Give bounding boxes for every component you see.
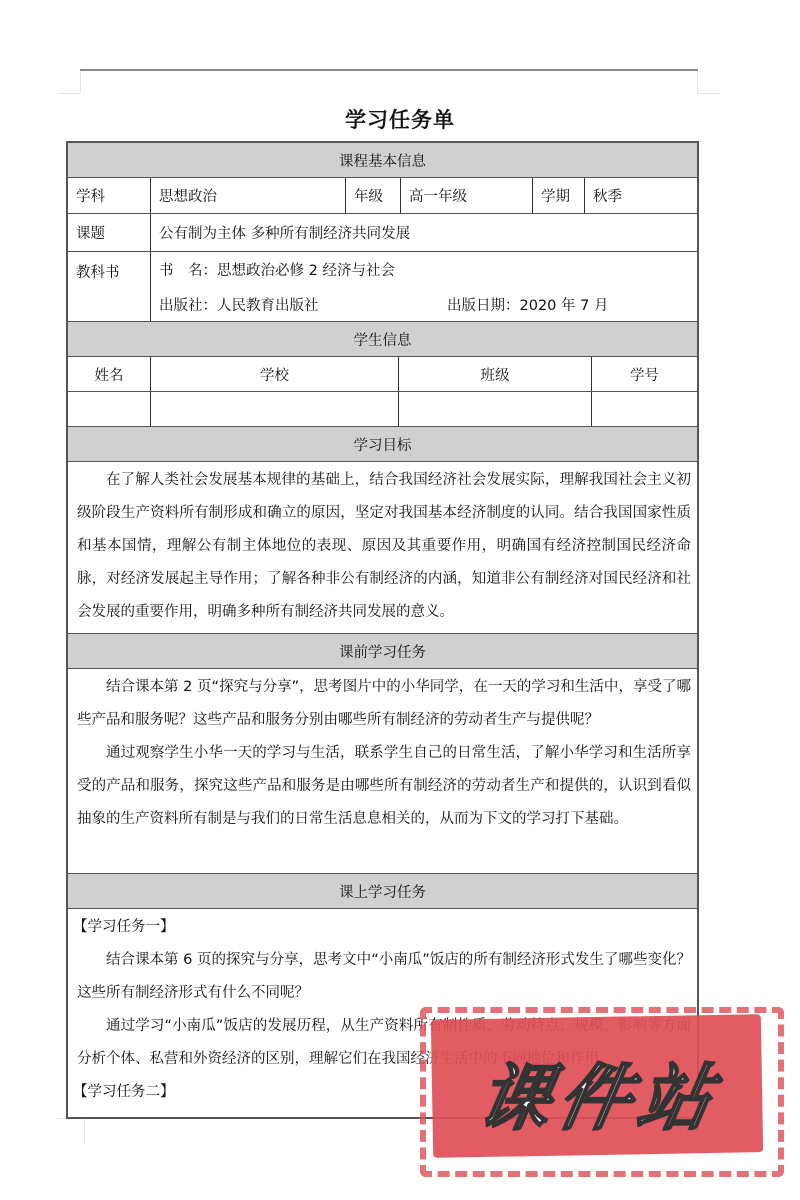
in-class-header-row: 课上学习任务 bbox=[68, 874, 697, 909]
publisher: 出版社：人民教育出版社 bbox=[159, 294, 447, 315]
learning-goals-header-row: 学习目标 bbox=[68, 427, 697, 462]
topic-label: 课题 bbox=[68, 214, 151, 251]
task1-paragraph: 结合课本第 6 页的探究与分享，思考文中“小南瓜”饭店的所有制经济形式发生了哪些… bbox=[77, 944, 691, 1010]
name-input[interactable] bbox=[68, 392, 151, 426]
publish-date: 出版日期：2020 年 7 月 bbox=[447, 294, 608, 315]
crop-mark bbox=[698, 93, 720, 94]
task-sheet-table: 课程基本信息 学科 思想政治 年级 高一年级 学期 秋季 课题 公有制为主体 多… bbox=[66, 141, 699, 1119]
crop-mark bbox=[80, 71, 81, 93]
course-info-row: 学科 思想政治 年级 高一年级 学期 秋季 bbox=[68, 178, 697, 214]
student-info-section-title: 学生信息 bbox=[68, 322, 697, 356]
publisher-line: 出版社：人民教育出版社 出版日期：2020 年 7 月 bbox=[159, 294, 697, 315]
grade-label: 年级 bbox=[346, 178, 401, 213]
task1-label: 【学习任务一】 bbox=[73, 911, 691, 944]
page-header-line bbox=[80, 69, 698, 71]
in-class-section-title: 课上学习任务 bbox=[68, 874, 697, 908]
class-input[interactable] bbox=[399, 392, 592, 426]
textbook-label: 教科书 bbox=[68, 252, 151, 321]
student-id-input[interactable] bbox=[592, 392, 697, 426]
column-name: 姓名 bbox=[68, 357, 151, 391]
student-info-values-row bbox=[68, 392, 697, 427]
document-title: 学习任务单 bbox=[0, 104, 800, 134]
crop-mark bbox=[58, 93, 80, 94]
topic-value: 公有制为主体 多种所有制经济共同发展 bbox=[151, 214, 697, 251]
watermark-text: 课件站 bbox=[431, 1040, 769, 1144]
pre-class-text: 结合课本第 2 页“探究与分享”，思考图片中的小华同学，在一天的学习和生活中，享… bbox=[68, 669, 697, 873]
column-school: 学校 bbox=[151, 357, 399, 391]
textbook-details: 书 名：思想政治必修 2 经济与社会 出版社：人民教育出版社 出版日期：2020… bbox=[151, 252, 697, 321]
column-class: 班级 bbox=[399, 357, 592, 391]
pre-class-header-row: 课前学习任务 bbox=[68, 634, 697, 669]
pre-class-row: 结合课本第 2 页“探究与分享”，思考图片中的小华同学，在一天的学习和生活中，享… bbox=[68, 669, 697, 874]
pre-class-paragraph: 结合课本第 2 页“探究与分享”，思考图片中的小华同学，在一天的学习和生活中，享… bbox=[77, 671, 691, 737]
course-info-section-title: 课程基本信息 bbox=[68, 143, 697, 177]
school-input[interactable] bbox=[151, 392, 399, 426]
term-value: 秋季 bbox=[585, 178, 697, 213]
learning-goals-section-title: 学习目标 bbox=[68, 427, 697, 461]
textbook-row: 教科书 书 名：思想政治必修 2 经济与社会 出版社：人民教育出版社 出版日期：… bbox=[68, 252, 697, 322]
learning-goals-text: 在了解人类社会发展基本规律的基础上，结合我国经济社会发展实际，理解我国社会主义初… bbox=[68, 462, 697, 633]
book-name: 书 名：思想政治必修 2 经济与社会 bbox=[159, 259, 395, 280]
course-info-header-row: 课程基本信息 bbox=[68, 143, 697, 178]
topic-row: 课题 公有制为主体 多种所有制经济共同发展 bbox=[68, 214, 697, 252]
student-info-header-row: 学生信息 bbox=[68, 322, 697, 357]
crop-mark bbox=[84, 1118, 85, 1144]
pre-class-section-title: 课前学习任务 bbox=[68, 634, 697, 668]
crop-mark bbox=[697, 71, 698, 93]
subject-value: 思想政治 bbox=[151, 178, 346, 213]
term-label: 学期 bbox=[533, 178, 585, 213]
subject-label: 学科 bbox=[68, 178, 151, 213]
learning-goals-row: 在了解人类社会发展基本规律的基础上，结合我国经济社会发展实际，理解我国社会主义初… bbox=[68, 462, 697, 634]
grade-value: 高一年级 bbox=[401, 178, 533, 213]
student-info-columns-row: 姓名 学校 班级 学号 bbox=[68, 357, 697, 392]
pre-class-paragraph: 通过观察学生小华一天的学习与生活，联系学生自己的日常生活，了解小华学习和生活所享… bbox=[77, 737, 691, 836]
learning-goals-paragraph: 在了解人类社会发展基本规律的基础上，结合我国经济社会发展实际，理解我国社会主义初… bbox=[77, 464, 691, 629]
column-student-id: 学号 bbox=[592, 357, 697, 391]
